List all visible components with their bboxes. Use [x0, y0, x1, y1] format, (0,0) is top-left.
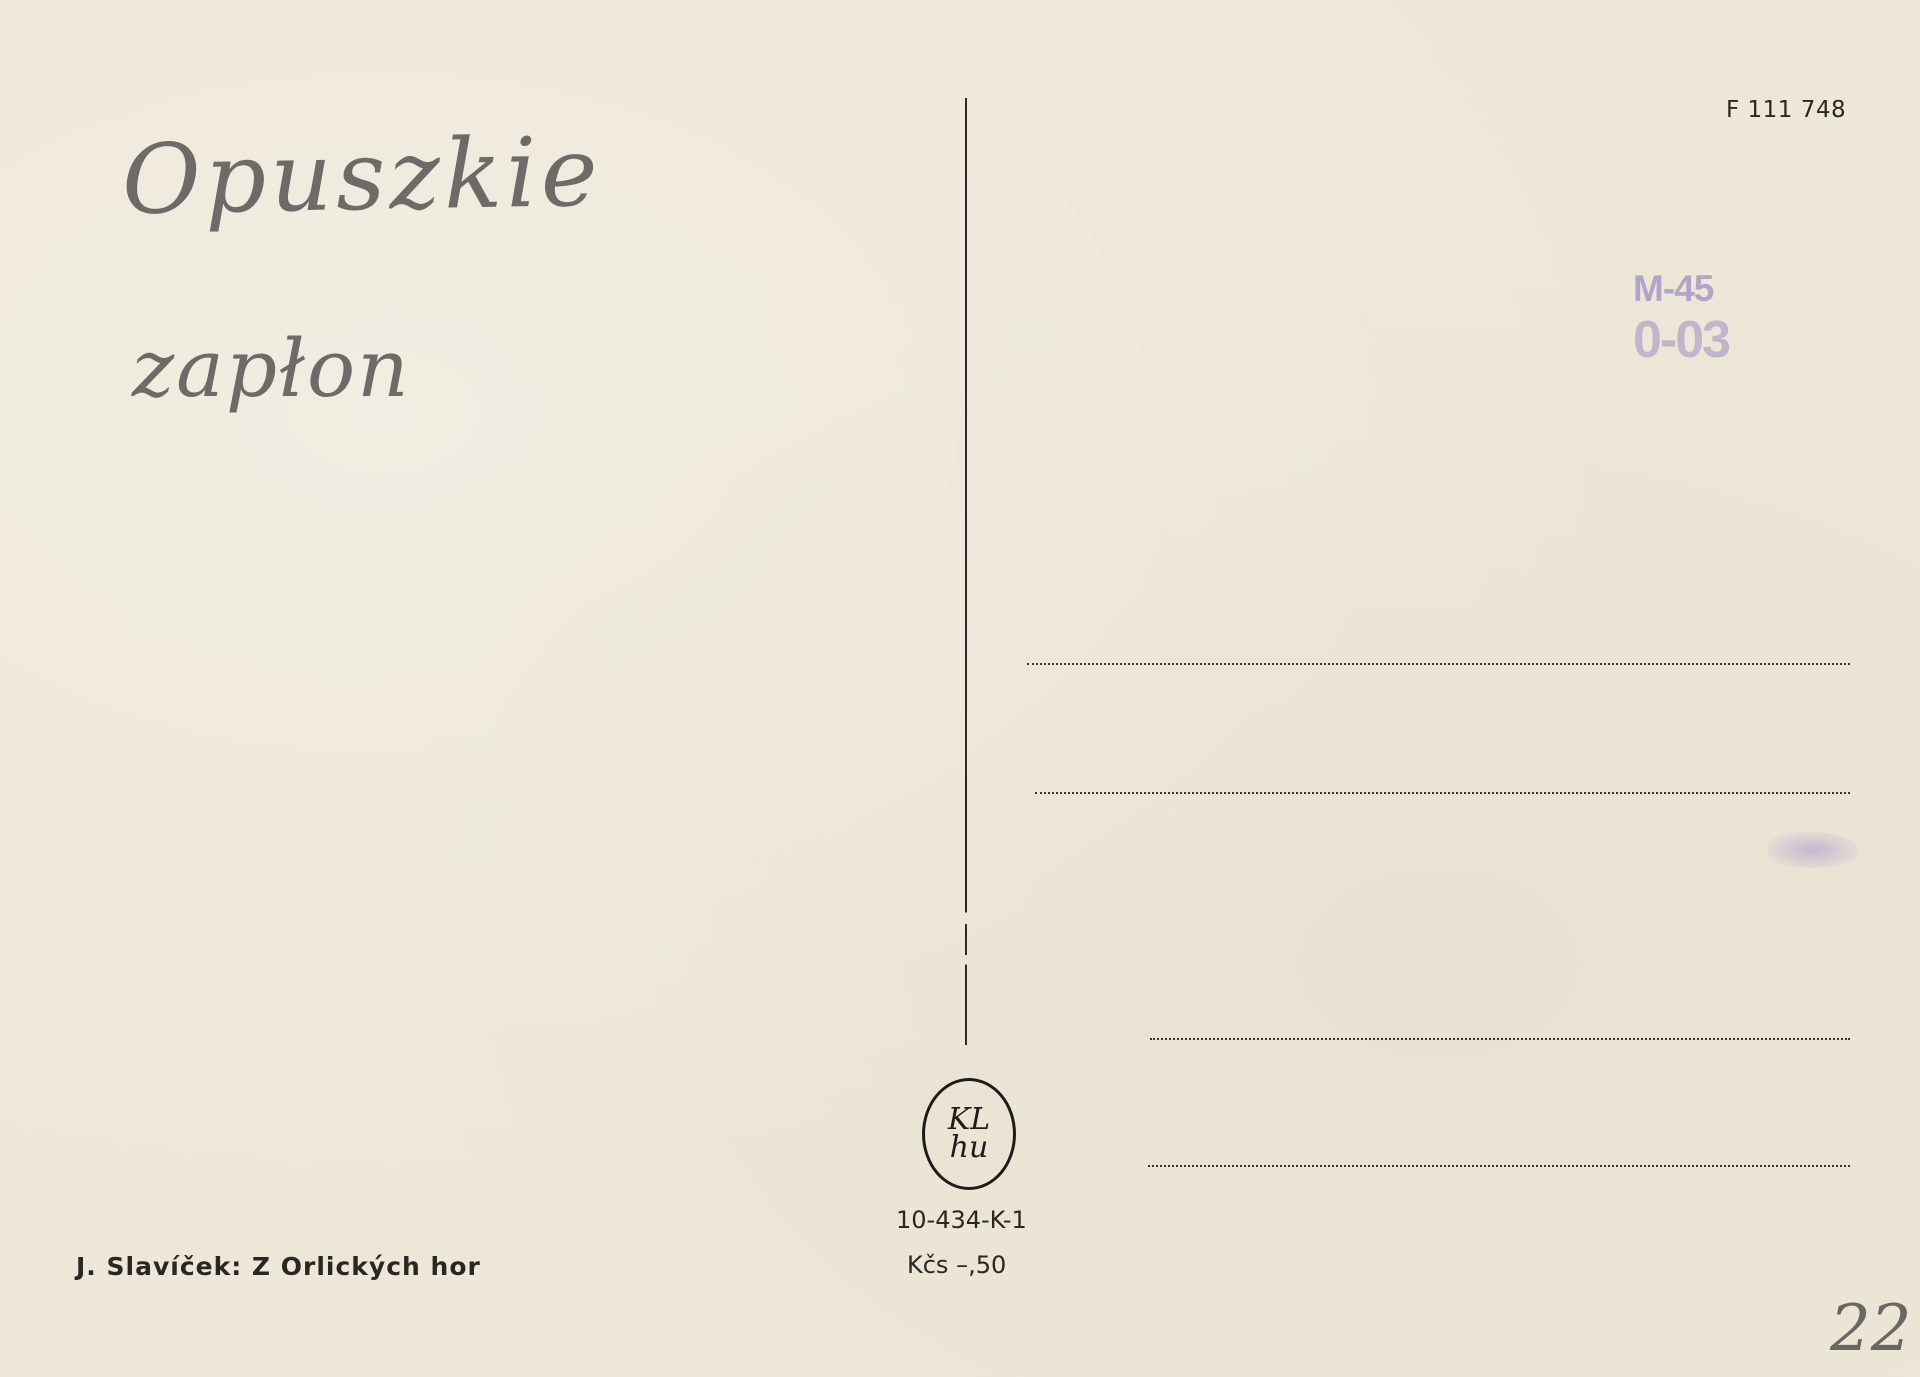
handwritten-page-number: 22 — [1830, 1292, 1911, 1366]
center-divider-line — [965, 98, 967, 1045]
address-line-3 — [1150, 1038, 1850, 1040]
handwritten-note-line-1: Opuszkie — [121, 116, 602, 236]
ink-stamp-line-2: 0-03 — [1633, 310, 1729, 370]
publisher-monogram-logo-icon: KL hu — [922, 1078, 1016, 1190]
serial-number: F 111 748 — [1726, 97, 1846, 123]
address-line-2 — [1035, 792, 1850, 794]
logo-monogram-text: KL hu — [948, 1106, 990, 1162]
address-line-1 — [1027, 663, 1850, 665]
address-line-4 — [1148, 1165, 1850, 1167]
handwritten-note-line-2: zapłon — [132, 322, 411, 415]
catalog-code: 10-434-K-1 — [896, 1206, 1027, 1234]
ink-stamp-line-1: M-45 — [1633, 268, 1713, 310]
ink-smudge-stamp — [1768, 832, 1858, 868]
artwork-caption: J. Slavíček: Z Orlických hor — [76, 1252, 481, 1281]
price-label: Kčs –,50 — [907, 1251, 1006, 1279]
postcard-back: Opuszkie zapłon F 111 748 M-45 0-03 KL h… — [0, 0, 1920, 1377]
